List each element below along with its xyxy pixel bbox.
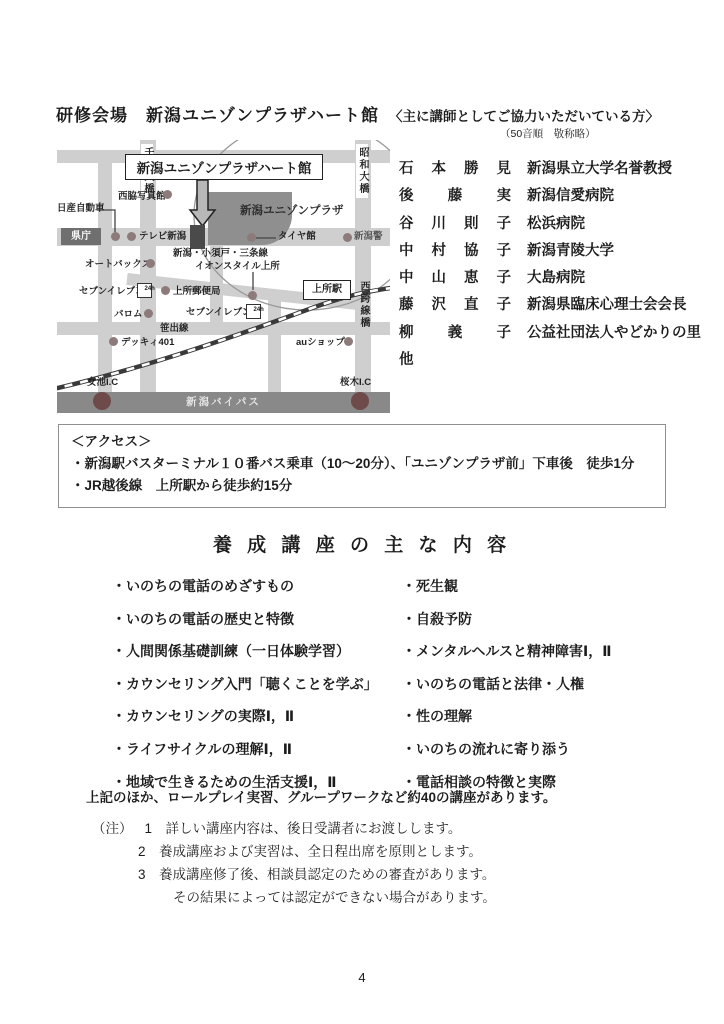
poi-label-photo-studio: 西脇写真館: [118, 192, 166, 202]
poi-dot: [127, 232, 136, 241]
lecturer-name: 中 村 協 子: [399, 239, 511, 260]
poi-label-aeon: イオンスタイル上所: [195, 262, 280, 272]
lecturer-row: 他: [399, 348, 701, 375]
course-item: ・メンタルヘルスと精神障害Ⅰ，Ⅱ: [402, 635, 611, 668]
poi-dot: [248, 291, 257, 300]
poi-dot: [146, 259, 155, 268]
note-item: 3 養成講座修了後、相談員認定のための審査があります。: [138, 863, 495, 883]
course-item: ・自殺予防: [402, 603, 611, 636]
note-continuation: その結果によっては認定ができない場合があります。: [173, 886, 496, 906]
notes-row: （注）1 詳しい講座内容は、後日受講者にお渡しします。: [92, 817, 461, 837]
lecturer-org: 松浜病院: [527, 216, 585, 232]
course-item: ・死生観: [402, 570, 611, 603]
course-item: ・ライフサイクルの理解Ⅰ，Ⅱ: [112, 733, 378, 766]
course-item: ・人間関係基礎訓練（一日体験学習）: [112, 635, 378, 668]
lecturer-row: 柳 義 子公益社団法人やどかりの里: [399, 321, 701, 348]
pref-office-box: 県庁: [61, 228, 101, 245]
lecturer-org: 新潟信愛病院: [527, 188, 614, 204]
lecturer-org: 公益社団法人やどかりの里: [527, 325, 701, 341]
lecturer-org: 新潟県立大学名誉教授: [527, 161, 672, 177]
lecturers-list: 石 本 勝 見新潟県立大学名誉教授 後 藤 実新潟信愛病院 谷 川 則 子松浜病…: [399, 157, 701, 375]
access-heading: ＜アクセス＞: [71, 431, 653, 453]
lecturer-name: 藤 沢 直 子: [399, 293, 511, 314]
poi-label-tire-shop: タイヤ館: [278, 232, 316, 242]
kamitokoro-station-box: 上所駅: [303, 280, 351, 300]
poi-label-seven-eleven-mid: セブンイレブン: [186, 308, 251, 318]
lecturer-name: 谷 川 則 子: [399, 212, 511, 233]
course-heading: 養 成 講 座 の 主 な 内 容: [0, 530, 724, 557]
poi-label-tv-niigata: テレビ新潟: [139, 232, 186, 242]
seven-eleven-icon: 24h: [246, 304, 261, 319]
poi-label-post-office: 上所郵便局: [173, 287, 221, 297]
lecturers-subheading: （50音順 敬称略）: [500, 126, 596, 141]
poi-label-police: 新潟警: [354, 232, 383, 242]
access-line: ・新潟駅バスターミナル１０番バス乗車（10～20分）、「ユニゾンプラザ前」下車後…: [71, 453, 653, 475]
ic-label-meike: 女池I.C: [87, 378, 118, 388]
lecturer-org: 新潟青陵大学: [527, 243, 614, 259]
lecturer-row: 藤 沢 直 子新潟県臨床心理士会会長: [399, 293, 701, 320]
meike-ic-circle: [93, 392, 111, 410]
overpass-label: 西跨線橋: [357, 278, 369, 332]
poi-dot: [109, 337, 118, 346]
poi-dot: [247, 233, 256, 242]
poi-dot: [161, 286, 170, 295]
poi-label-seven-eleven-west: セブンイレブン: [79, 287, 144, 297]
poi-label-au-shop: auショップ: [296, 338, 345, 348]
poi-label-nissan: 日産自動車: [57, 204, 105, 214]
road-label-sanjo: 新潟・小須戸・三条線: [173, 249, 268, 259]
plaza-building-label: 新潟ユニゾンプラザ: [240, 202, 344, 218]
showa-bridge-label: 昭和大橋: [356, 144, 368, 198]
ic-label-sakuragi: 桜木I.C: [340, 378, 371, 388]
note-item: 1 詳しい講座内容は、後日受講者にお渡しします。: [145, 821, 462, 836]
venue-map: 新潟ユニゾンプラザハート館 新潟ユニゾンプラザ 県庁 上所駅 千歳大橋 昭和大橋…: [57, 140, 390, 421]
course-item: ・いのちの電話の歴史と特徴: [112, 603, 378, 636]
heart-building: [190, 225, 205, 249]
poi-label-autobacs: オートバックス: [85, 260, 151, 270]
venue-label-box: 新潟ユニゾンプラザハート館: [125, 154, 323, 180]
course-list-left: ・いのちの電話のめざすもの ・いのちの電話の歴史と特徴 ・人間関係基礎訓練（一日…: [112, 570, 378, 798]
lecturer-row: 後 藤 実新潟信愛病院: [399, 184, 701, 211]
lecturer-name: 後 藤 実: [399, 184, 511, 205]
poi-dot: [111, 232, 120, 241]
course-extra-note: 上記のほか、ロールプレイ実習、グループワークなど約40の講座があります。: [86, 786, 556, 806]
lecturer-row: 石 本 勝 見新潟県立大学名誉教授: [399, 157, 701, 184]
poi-dot: [344, 337, 353, 346]
lecturer-org: 新潟県臨床心理士会会長: [527, 297, 687, 313]
course-item: ・カウンセリングの実際Ⅰ，Ⅱ: [112, 700, 378, 733]
course-item: ・いのちの電話と法律・人権: [402, 668, 611, 701]
lecturer-row: 中 村 協 子新潟青陵大学: [399, 239, 701, 266]
lecturer-name: 柳 義 子: [399, 321, 511, 342]
note-item: 2 養成講座および実習は、全日程出席を原則とします。: [138, 840, 482, 860]
page-title: 研修会場 新潟ユニゾンプラザハート館: [56, 101, 379, 126]
lecturer-row: 谷 川 則 子松浜病院: [399, 212, 701, 239]
course-item: ・性の理解: [402, 700, 611, 733]
poi-dot: [163, 190, 172, 199]
access-box: ＜アクセス＞ ・新潟駅バスターミナル１０番バス乗車（10～20分）、「ユニゾンプ…: [58, 424, 666, 508]
road-label-sasade: 笹出線: [160, 324, 189, 334]
sakuragi-ic-circle: [351, 392, 369, 410]
page-number: 4: [0, 970, 724, 985]
lecturer-name: 石 本 勝 見: [399, 157, 511, 178]
lecturers-heading: 〈主に講師としてご協力いただいている方〉: [389, 105, 659, 125]
poi-label-dekky401: デッキィ401: [121, 338, 174, 348]
poi-label-palom: パロム: [114, 310, 143, 320]
lecturer-name: 他: [399, 348, 511, 369]
lecturer-name: 中 山 恵 子: [399, 266, 511, 287]
poi-dot: [144, 309, 153, 318]
seven-eleven-icon: 24h: [137, 283, 152, 298]
lecturer-row: 中 山 恵 子大島病院: [399, 266, 701, 293]
notes-label: （注）: [92, 821, 133, 836]
course-item: ・いのちの電話のめざすもの: [112, 570, 378, 603]
poi-dot: [343, 233, 352, 242]
access-line: ・JR越後線 上所駅から徒歩約15分: [71, 475, 653, 497]
course-list-right: ・死生観 ・自殺予防 ・メンタルヘルスと精神障害Ⅰ，Ⅱ ・いのちの電話と法律・人…: [402, 570, 611, 798]
document-page: 研修会場 新潟ユニゾンプラザハート館 〈主に講師としてご協力いただいている方〉 …: [0, 0, 724, 1024]
lecturer-org: 大島病院: [527, 270, 585, 286]
course-item: ・カウンセリング入門「聴くことを学ぶ」: [112, 668, 378, 701]
course-item: ・いのちの流れに寄り添う: [402, 733, 611, 766]
